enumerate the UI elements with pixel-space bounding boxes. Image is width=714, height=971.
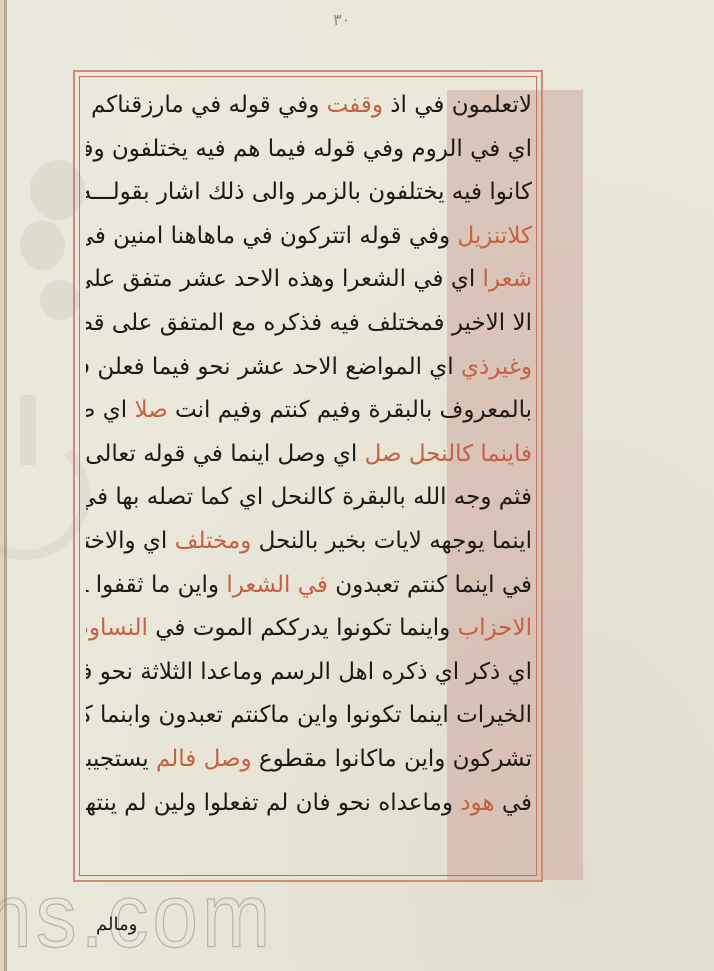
text-segment: الخيرات اينما تكونوا واين ماكنتم تعبدون … xyxy=(86,702,532,728)
rubric-word: ومختلف xyxy=(175,528,252,554)
text-segment: فثم وجه الله بالبقرة كالنحل اي كما تصله … xyxy=(86,484,532,510)
text-line: فاينما كالنحل صل اي وصل اينما في قوله تع… xyxy=(86,433,532,477)
text-segment: يستجيبوا لكم xyxy=(86,746,156,772)
text-line: كلاتنزيل وفي قوله اتتركون في ماهاهنا امن… xyxy=(86,215,532,259)
text-segment: اي وصل اينما في قوله تعالى فاينما تولوا xyxy=(86,441,365,467)
text-line: بالمعروف بالبقرة وفيم كنتم وفيم انت صلا … xyxy=(86,389,532,433)
text-segment: اينما يوجهه لايات بخير بالنحل xyxy=(251,528,532,554)
text-line: اي في الروم وفي قوله فيما هم فيه يختلفون… xyxy=(86,128,532,172)
text-line: اي ذكر اي ذكره اهل الرسم وماعدا الثلاثة … xyxy=(86,651,532,695)
text-line: الخيرات اينما تكونوا واين ماكنتم تعبدون … xyxy=(86,694,532,738)
text-line: اينما يوجهه لايات بخير بالنحل ومختلف اي … xyxy=(86,520,532,564)
text-segment: اي المواضع الاحد عشر نحو فيما فعلن في ان… xyxy=(86,354,461,380)
text-line: الا الاخير فمختلف فيه فذكره مع المتفق عل… xyxy=(86,302,532,346)
rubric-word: في الشعرا xyxy=(226,572,328,598)
text-segment: في xyxy=(495,790,532,816)
text-line: الاحزاب واينما تكونوا يدرككم الموت في ال… xyxy=(86,607,532,651)
text-segment: بالمعروف بالبقرة وفيم كنتم وفيم انت xyxy=(168,397,532,423)
rubric-word: وقفت xyxy=(327,92,383,118)
text-line: كانوا فيه يختلفون بالزمر والى ذلك اشار ب… xyxy=(86,171,532,215)
text-line: فثم وجه الله بالبقرة كالنحل اي كما تصله … xyxy=(86,476,532,520)
text-segment: اي في الشعرا وهذه الاحد عشر متفق على قطع… xyxy=(86,266,483,292)
rubric-word: فاينما كالنحل صل xyxy=(365,441,532,467)
text-segment: وفي قوله اتتركون في ماهاهنا امنين في xyxy=(86,223,457,249)
catchword: ومالم xyxy=(96,914,137,935)
text-segment: اي صلـــه xyxy=(86,397,134,423)
text-segment: كانوا فيه يختلفون بالزمر والى ذلك اشار ب… xyxy=(86,179,532,205)
text-segment: وفي قوله في مارزقناكم في xyxy=(86,92,327,118)
rubric-word: شعرا xyxy=(483,266,532,292)
text-segment: لاتعلمون في اذ xyxy=(383,92,532,118)
text-segment: تشركون واين ماكانوا مقطوع xyxy=(252,746,532,772)
manuscript-text-block: لاتعلمون في اذ وقفت وفي قوله في مارزقناك… xyxy=(86,84,532,874)
text-line: وغيرذي اي المواضع الاحد عشر نحو فيما فعل… xyxy=(86,346,532,390)
rubric-word: صلا xyxy=(134,397,167,423)
text-segment: واين ما ثقفوا ــــ في xyxy=(86,572,226,598)
rubric-word: هود xyxy=(460,790,494,816)
text-segment: اي ذكر اي ذكره اهل الرسم وماعدا الثلاثة … xyxy=(86,659,532,685)
text-line: في اينما كنتم تعبدون في الشعرا واين ما ث… xyxy=(86,564,532,608)
text-segment: وماعداه نحو فان لم تفعلوا ولين لم ينتهوا xyxy=(86,790,460,816)
text-segment: في اينما كنتم تعبدون xyxy=(328,572,532,598)
rubric-word: وصل فالم xyxy=(156,746,252,772)
text-line: لاتعلمون في اذ وقفت وفي قوله في مارزقناك… xyxy=(86,84,532,128)
rubric-word: الاحزاب xyxy=(458,615,532,641)
show-through-ornament xyxy=(20,220,65,270)
rubric-word: كلاتنزيل xyxy=(457,223,532,249)
text-line: تشركون واين ماكانوا مقطوع وصل فالم يستجي… xyxy=(86,738,532,782)
text-segment: اي في الروم وفي قوله فيما هم فيه يختلفون… xyxy=(86,136,532,162)
text-line: شعرا اي في الشعرا وهذه الاحد عشر متفق عل… xyxy=(86,258,532,302)
folio-number: ٣٠ xyxy=(333,10,350,29)
text-segment: الا الاخير فمختلف فيه فذكره مع المتفق عل… xyxy=(86,310,532,336)
text-segment: اي والاختلاف xyxy=(86,528,175,554)
manuscript-page: ٣٠ لاتعلمون في اذ وقفت وفي قوله في مارزق… xyxy=(0,0,714,971)
rubric-word: وغيرذي xyxy=(461,354,532,380)
rubric-word: النساوصف xyxy=(86,615,148,641)
text-line: في هود وماعداه نحو فان لم تفعلوا ولين لم… xyxy=(86,782,532,826)
text-segment: واينما تكونوا يدرككم الموت في xyxy=(148,615,458,641)
